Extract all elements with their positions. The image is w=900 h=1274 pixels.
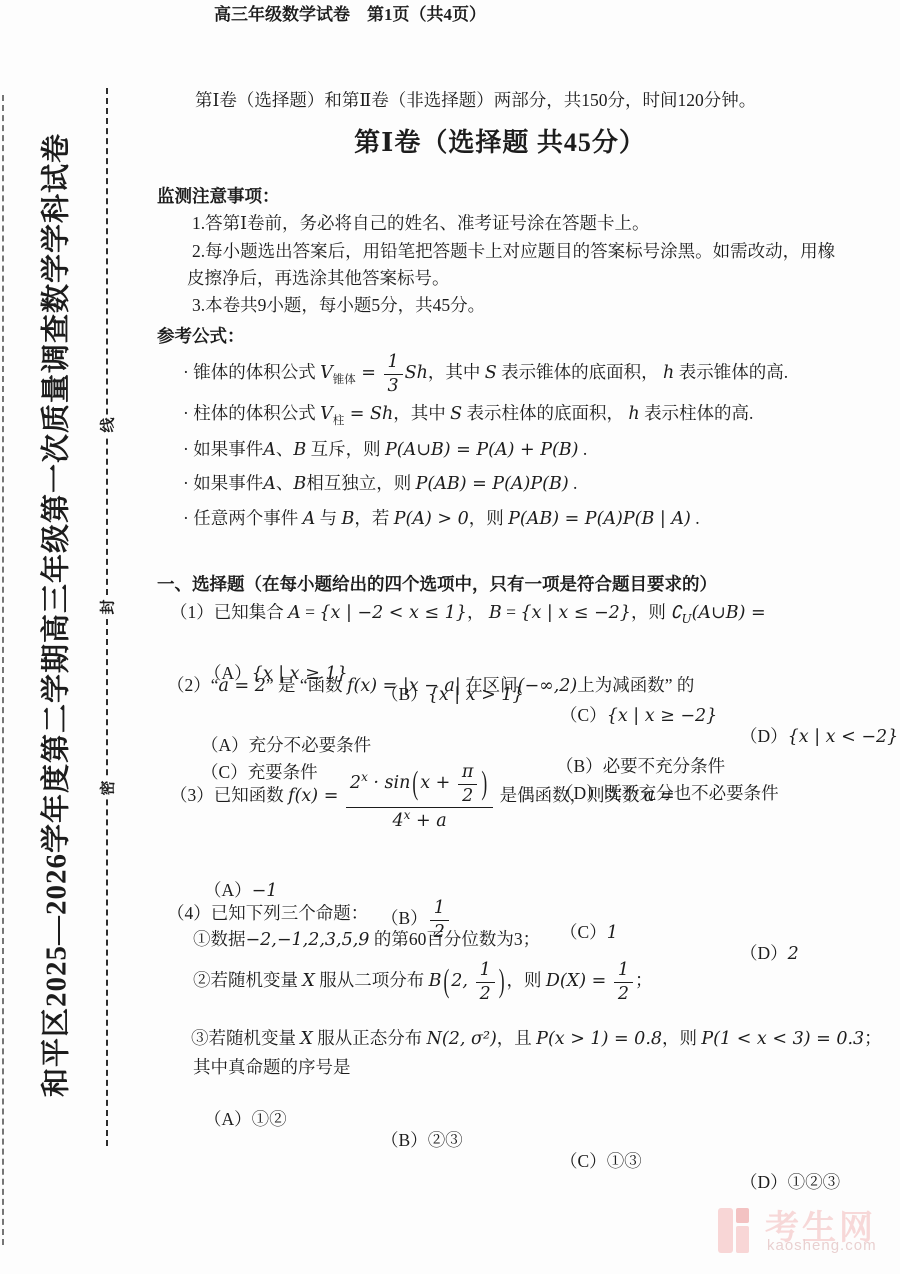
notice-item-2-cont: 皮擦净后，再选涂其他答案标号。 xyxy=(187,268,450,290)
question-4-stem: （4）已知下列三个命题： xyxy=(167,903,368,925)
exam-paper-page: 和平区2025—2026学年度第二学期高三年级第一次质量调查数学学科试卷 线 封… xyxy=(0,0,900,1274)
question-4-options: （A）①② （B）②③ （C）①③ （D）①②③ xyxy=(0,1085,900,1211)
q4-option-d: （D）①②③ xyxy=(740,1169,840,1194)
seal-char-middle: 封 xyxy=(96,596,119,617)
formula-conditional-probability: · 任意两个事件 A 与 B，若 P(A) > 0，则 P(AB) = P(A)… xyxy=(183,508,700,531)
q4-proposition-1: ①数据−2,−1,2,3,5,9 的第60百分位数为3； xyxy=(193,929,540,952)
watermark-logo-left-bar xyxy=(718,1208,733,1253)
seal-char-top: 线 xyxy=(96,414,119,435)
page-footer: 高三年级数学试卷 第1页（共4页） xyxy=(0,0,700,25)
q4-conclusion: 其中真命题的序号是 xyxy=(193,1057,351,1079)
formula-mutually-exclusive: · 如果事件A、B 互斥，则 P(A∪B) = P(A) + P(B) . xyxy=(183,439,587,462)
q4-option-c: （C）①③ xyxy=(560,1148,642,1173)
intro-line: 第Ⅰ卷（选择题）和第Ⅱ卷（非选择题）两部分，共150分，时间120分钟。 xyxy=(195,90,756,112)
notice-item-2: 2.每小题选出答案后，用铅笔把答题卡上对应题目的答案标号涂黑。如需改动，用橡 xyxy=(192,241,835,263)
q4-proposition-3: ③若随机变量 X 服从正态分布 N(2, σ²)，且 P(x > 1) = 0.… xyxy=(191,1028,882,1051)
watermark-logo-right-bar xyxy=(736,1226,749,1253)
formula-independent-events: · 如果事件A、B相互独立，则 P(AB) = P(A)P(B) . xyxy=(183,473,577,496)
notice-item-3: 3.本卷共9小题，每小题5分，共45分。 xyxy=(192,295,485,317)
reference-heading: 参考公式： xyxy=(157,326,245,348)
q4-option-b: （B）②③ xyxy=(381,1127,463,1152)
q4-proposition-2: ②若随机变量 X 服从二项分布 B(2, 12)，则 D(X) = 12； xyxy=(193,960,652,1004)
question-1-stem: （1）已知集合 A = {x | −2 < x ≤ 1}， B = {x | x… xyxy=(170,602,766,627)
notice-item-1: 1.答第Ⅰ卷前，务必将自己的姓名、准考证号涂在答题卡上。 xyxy=(192,213,650,235)
formula-cone-volume: · 锥体的体积公式 V锥体 = 13Sh，其中 S 表示锥体的底面积， h 表示… xyxy=(183,352,788,396)
watermark-logo-square xyxy=(736,1208,749,1223)
watermark-site-url: kaosheng.com xyxy=(767,1237,877,1254)
question-3-stem: （3）已知函数 f(x) = 2x · sin(x + π2)4x + a 是偶… xyxy=(170,762,675,832)
notice-heading: 监测注意事项： xyxy=(157,186,280,208)
formula-cylinder-volume: · 柱体的体积公式 V柱 = Sh，其中 S 表示柱体的底面积， h 表示柱体的… xyxy=(183,403,753,428)
q4-option-a: （A）①② xyxy=(204,1106,287,1131)
part-one-title: 第Ⅰ卷（选择题 共45分） xyxy=(130,127,870,160)
q3-option-a: （A）−1 xyxy=(204,877,277,902)
q3-option-c: （C）1 xyxy=(560,919,618,944)
question-2-stem: （2）“a = 2” 是 “函数 f(x) = |x − a| 在区间(−∞,2… xyxy=(167,675,694,698)
q3-option-d: （D）2 xyxy=(740,940,799,965)
section-one-heading: 一、选择题（在每小题给出的四个选项中，只有一项是符合题目要求的） xyxy=(157,574,717,596)
